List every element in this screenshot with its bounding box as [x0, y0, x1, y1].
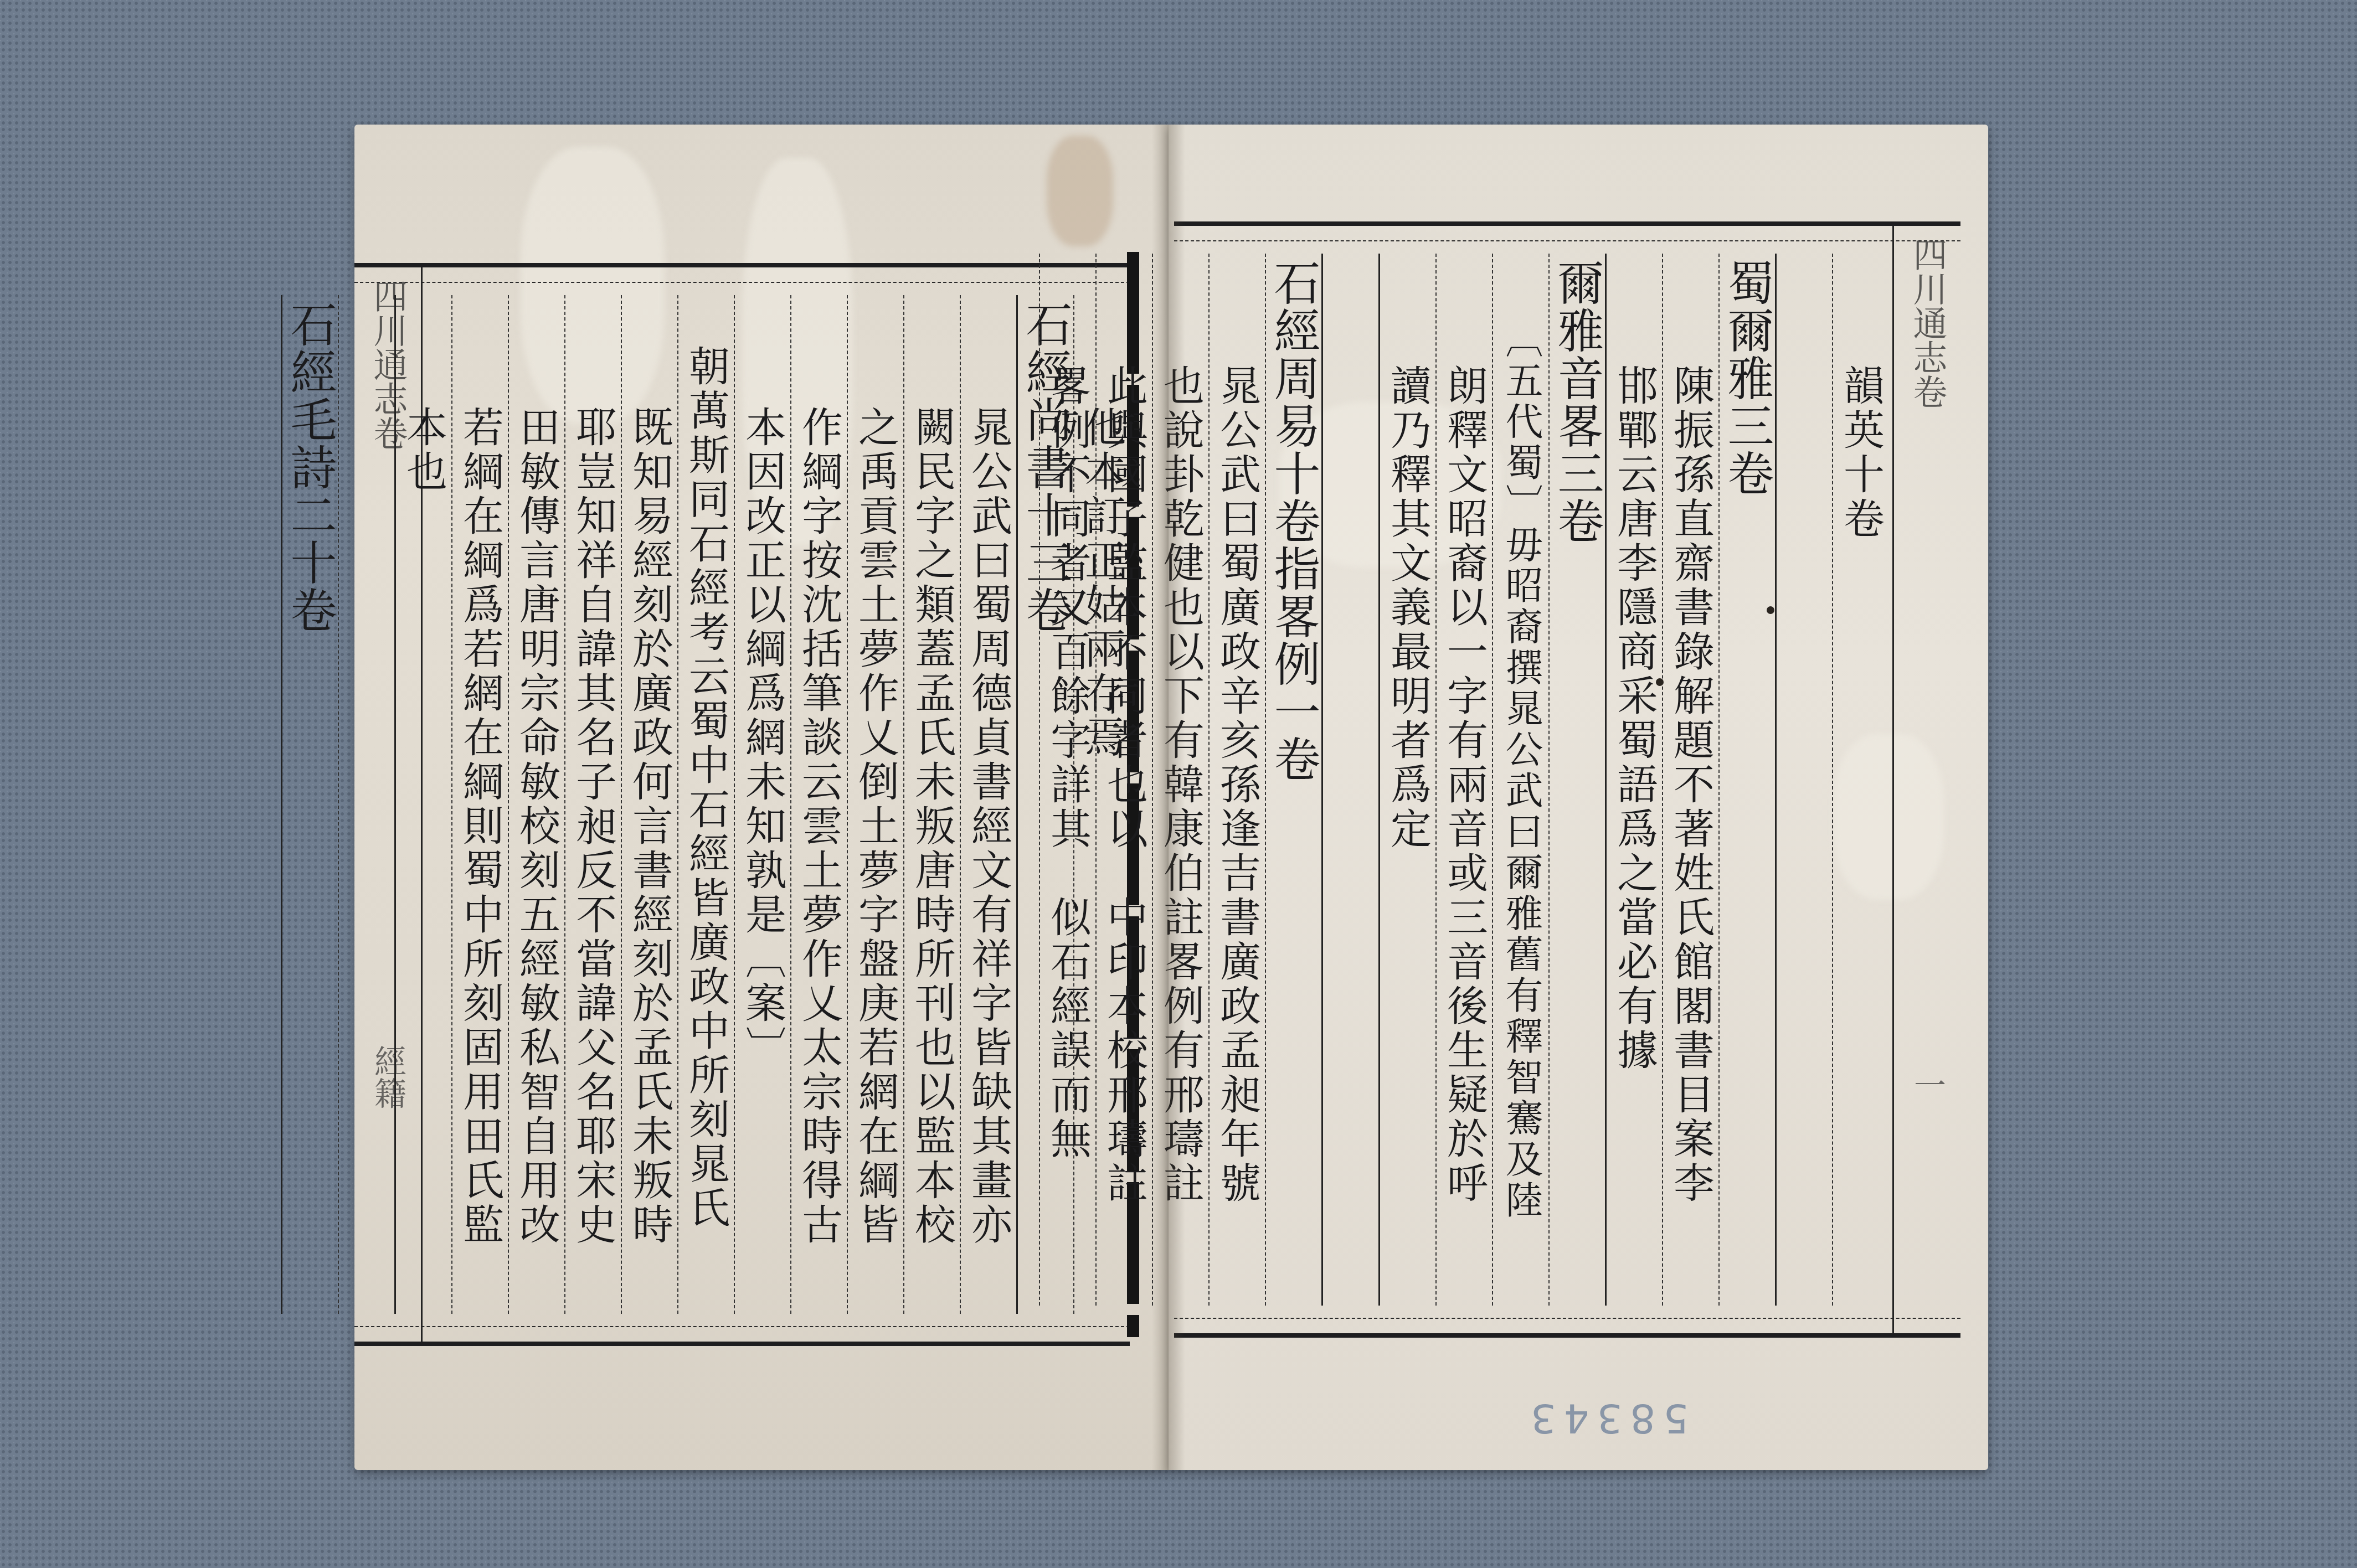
printed-frame: 四川通志卷 經籍 他本訂正姑兩存焉 石經尚書十三卷 晁公武曰蜀周德貞書經文有祥字…	[354, 263, 1130, 1346]
heading-column: 石經毛詩二十卷	[281, 295, 338, 1314]
text-column: 本因改正以綱爲網未知孰是〔案〕	[734, 295, 790, 1314]
text-column: 若綱在綱爲若網在綱則蜀中所刻固用田氏監	[451, 295, 508, 1314]
frame-inner-rule	[354, 282, 1130, 283]
margin-page-number: 一	[1904, 1069, 1951, 1101]
text-column: 闕民字之類蓋孟氏未叛唐時所刊也以監本校	[903, 295, 960, 1314]
text-column: 晁公武曰蜀廣政辛亥孫逢吉書廣政孟昶年號	[1208, 254, 1265, 1306]
right-page: 四川通志卷 一 韻英十卷 蜀爾雅三卷 陳振孫直齋書錄解題不著姓氏館閣書目案李 邯…	[1169, 125, 1988, 1470]
text-column: 既知易經刻於廣政何言書經刻於孟氏未叛時	[621, 295, 677, 1314]
text-column: 畧例不同者又百餘字詳其 似石經誤而無	[1039, 254, 1095, 1306]
text-column: 此與國子監本不同者也以 中印本校邢璹註	[1095, 254, 1152, 1306]
block-heart-margin: 四川通志卷 一	[1892, 226, 1960, 1333]
heading-column: 爾雅音畧三卷	[1548, 254, 1605, 1306]
frame-inner-rule	[1174, 1318, 1960, 1319]
empty-column	[338, 295, 394, 1314]
text-column: 陳振孫直齋書錄解題不著姓氏館閣書目案李	[1662, 254, 1718, 1306]
text-column: 〔五代蜀〕毋昭裔撰晁公武曰爾雅舊有釋智騫及陸	[1492, 254, 1548, 1306]
water-stain	[1047, 136, 1113, 246]
printed-frame: 四川通志卷 一 韻英十卷 蜀爾雅三卷 陳振孫直齋書錄解題不著姓氏館閣書目案李 邯…	[1174, 221, 1960, 1338]
text-column: 朝萬斯同石經考云蜀中石經皆廣政中所刻晁氏	[677, 295, 734, 1314]
empty-column	[1775, 254, 1832, 1306]
open-book: 四川通志卷 經籍 他本訂正姑兩存焉 石經尚書十三卷 晁公武曰蜀周德貞書經文有祥字…	[354, 125, 1988, 1470]
text-column: 耶豈知祥自諱其名子昶反不當諱父名耶宋史	[564, 295, 621, 1314]
heading-column: 石經周易十卷指畧例一卷	[1265, 254, 1321, 1306]
heading-column: 蜀爾雅三卷	[1718, 254, 1775, 1306]
text-column: 晁公武曰蜀周德貞書經文有祥字皆缺其畫亦	[960, 295, 1016, 1314]
text-column: 邯鄲云唐李隱商采蜀語爲之當必有據	[1605, 254, 1662, 1306]
book-gutter	[1152, 125, 1185, 1470]
text-column: 讀乃釋其文義最明者爲定	[1378, 254, 1435, 1306]
text-columns: 他本訂正姑兩存焉 石經尚書十三卷 晁公武曰蜀周德貞書經文有祥字皆缺其畫亦 闕民字…	[426, 295, 1130, 1314]
margin-title: 四川通志卷	[1902, 226, 1952, 1333]
text-columns: 韻英十卷 蜀爾雅三卷 陳振孫直齋書錄解題不著姓氏館閣書目案李 邯鄲云唐李隱商采蜀…	[1185, 254, 1888, 1306]
text-column: 田敏傳言唐明宗命敏校刻五經敏私智自用改	[508, 295, 564, 1314]
wormhole	[1767, 606, 1774, 614]
text-column: 作綱字按沈括筆談云雲土夢作乂太宗時得古	[790, 295, 847, 1314]
text-column: 朗釋文昭裔以一字有兩音或三音後生疑於呼	[1435, 254, 1492, 1306]
frame-inner-rule	[1174, 240, 1960, 241]
text-column: 韻英十卷	[1832, 254, 1888, 1306]
text-column: 本也	[394, 295, 451, 1314]
frame-inner-rule	[354, 1326, 1130, 1327]
handwritten-catalog-number: 58343	[1523, 1395, 1689, 1442]
text-column: 之禹貢雲土夢作乂倒土夢字盤庚若網在綱皆	[847, 295, 903, 1314]
empty-column	[1321, 254, 1378, 1306]
wormhole	[1656, 678, 1664, 686]
